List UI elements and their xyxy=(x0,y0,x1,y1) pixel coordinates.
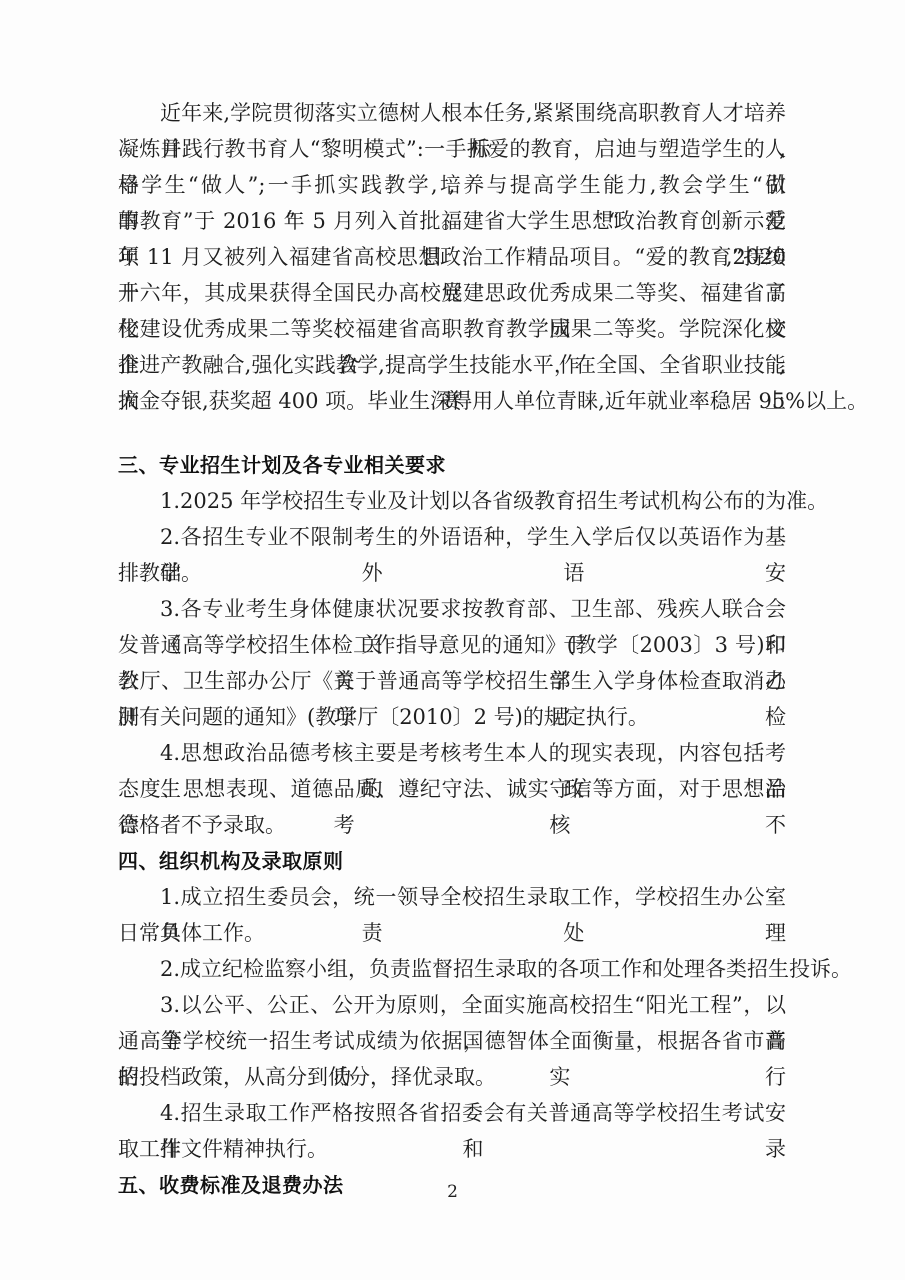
paragraph: 4.思想政治品德考核主要是考核考生本人的现实表现，内容包括考生的政治态度、思想表… xyxy=(118,735,786,843)
text-line: 导学生“做人”;一手抓实践教学,培养与提高学生能力,教会学生“做事”。“爱 xyxy=(118,167,786,203)
paragraph: 4.招生录取工作严格按照各省招委会有关普通高等学校招生考试安排和录取工作文件精神… xyxy=(118,1095,786,1167)
text-line: 通高等学校统一招生考试成绩为依据，德智体全面衡量，根据各省市高招办实行 xyxy=(118,1023,786,1059)
paragraph: 3.各专业考生身体健康状况要求按教育部、卫生部、残疾人联合会《关于印发普通高等学… xyxy=(118,591,786,735)
text-line: 1.成立招生委员会，统一领导全校招生录取工作，学校招生办公室负责处理 xyxy=(118,879,786,915)
paragraph: 2.各招生专业不限制考生的外语语种，学生入学后仅以英语作为基础外语安排教学。 xyxy=(118,519,786,591)
text-line: 3.以公平、公正、公开为原则，全面实施高校招生“阳光工程”，以全国普 xyxy=(118,987,786,1023)
text-line: 1.2025 年学校招生专业及计划以各省级教育招生考试机构公布的为准。 xyxy=(118,483,786,519)
text-line: 十六年，其成果获得全国民办高校党建思政优秀成果二等奖、福建省高校校园文 xyxy=(118,275,786,311)
text-line: 态度、思想表现、道德品质、遵纪守法、诚实守信等方面，对于思想品德考核不 xyxy=(118,771,786,807)
text-line: 近年来,学院贯彻落实立德树人根本任务,紧紧围绕高职教育人才培养目标, xyxy=(118,95,786,131)
text-line: 发普通高等学校招生体检工作指导意见的通知》(教学〔2003〕3 号)和教育部办 xyxy=(118,627,786,663)
page-number: 2 xyxy=(0,1180,905,1204)
text-line: 的教育”于 2016 年 5 月列入首批福建省大学生思想政治教育创新示范项目,2… xyxy=(118,203,786,239)
paragraph: 近年来,学院贯彻落实立德树人根本任务,紧紧围绕高职教育人才培养目标,凝炼并践行教… xyxy=(118,95,786,419)
paragraph: 2.成立纪检监察小组，负责监督招生录取的各项工作和处理各类招生投诉。 xyxy=(118,951,786,987)
text-line: 凝炼并践行教书育人“黎明模式”:一手抓爱的教育，启迪与塑造学生的人格,引 xyxy=(118,131,786,167)
text-line: 3.各专业考生身体健康状况要求按教育部、卫生部、残疾人联合会《关于印 xyxy=(118,591,786,627)
text-line: 2.各招生专业不限制考生的外语语种，学生入学后仅以英语作为基础外语安 xyxy=(118,519,786,555)
text-line: 2.成立纪检监察小组，负责监督招生录取的各项工作和处理各类招生投诉。 xyxy=(118,951,786,987)
text-line: 年 11 月又被列入福建省高校思想政治工作精品项目。“爱的教育”持续开展了 xyxy=(118,239,786,275)
paragraph: 1.2025 年学校招生专业及计划以各省级教育招生考试机构公布的为准。 xyxy=(118,483,786,519)
text-line: 化建设优秀成果二等奖、福建省高职教育教学成果二等奖。学院深化校企合作, xyxy=(118,311,786,347)
document-page: 近年来,学院贯彻落实立德树人根本任务,紧紧围绕高职教育人才培养目标,凝炼并践行教… xyxy=(0,0,905,1280)
text-line: 4.招生录取工作严格按照各省招委会有关普通高等学校招生考试安排和录 xyxy=(118,1095,786,1131)
section-heading: 三、专业招生计划及各专业相关要求 xyxy=(118,447,786,483)
text-line: 摘金夺银,获奖超 400 项。毕业生深得用人单位青睐,近年就业率稳居 95%以上… xyxy=(118,383,786,419)
paragraph: 1.成立招生委员会，统一领导全校招生录取工作，学校招生办公室负责处理日常具体工作… xyxy=(118,879,786,951)
paragraph: 3.以公平、公正、公开为原则，全面实施高校招生“阳光工程”，以全国普通高等学校统… xyxy=(118,987,786,1095)
section-heading: 四、组织机构及录取原则 xyxy=(118,843,786,879)
text-line: 公厅、卫生部办公厅《关于普通高等学校招生学生入学身体检查取消乙肝项目检 xyxy=(118,663,786,699)
document-body: 近年来,学院贯彻落实立德树人根本任务,紧紧围绕高职教育人才培养目标,凝炼并践行教… xyxy=(118,95,786,1203)
text-line: 推进产教融合,强化实践教学,提高学生技能水平，在全国、全省职业技能大赛上 xyxy=(118,347,786,383)
text-line: 4.思想政治品德考核主要是考核考生本人的现实表现，内容包括考生的政治 xyxy=(118,735,786,771)
